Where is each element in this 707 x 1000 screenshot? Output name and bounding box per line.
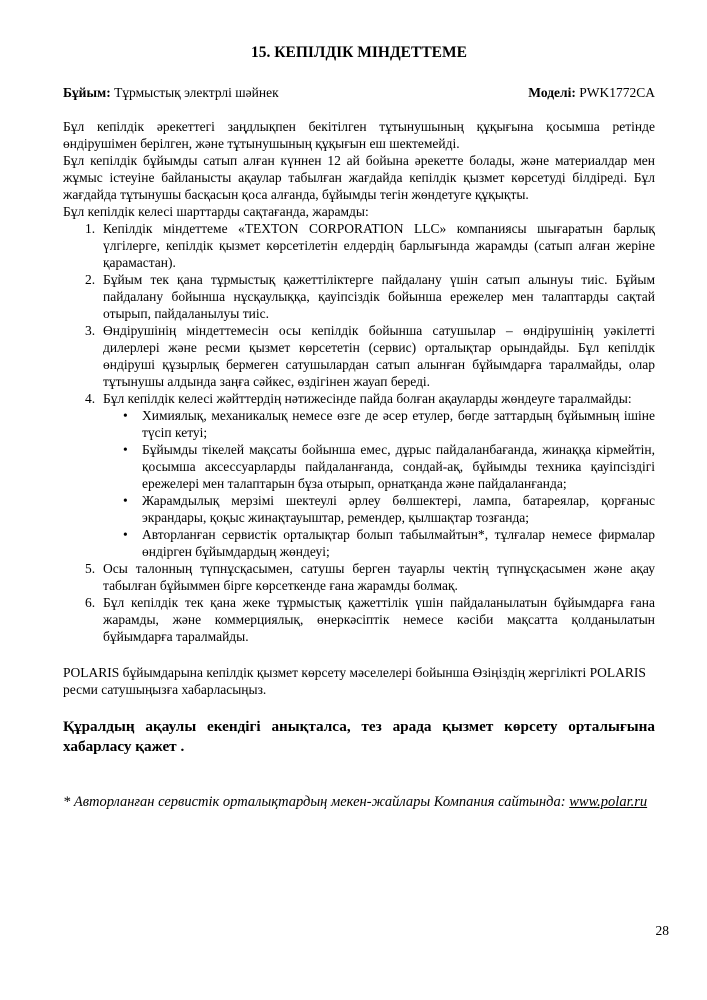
model-label: Моделі: — [528, 85, 576, 100]
product-value: Тұрмыстық электрлі шәйнек — [114, 85, 279, 100]
bullet-icon: • — [123, 526, 128, 543]
list-item-2-text: Бұйым тек қана тұрмыстық қажеттіліктерге… — [103, 271, 655, 322]
bullet-icon: • — [123, 407, 128, 424]
list-item-6-number: 6. — [85, 594, 95, 611]
bullet-list-item-4-text: Авторланған сервистік орталықтар болып т… — [142, 526, 655, 560]
document-content: 15. КЕПІЛДІК МІНДЕТТЕМЕ Бұйым: Тұрмыстық… — [63, 44, 655, 814]
intro-paragraph-1: Бұл кепілдік әрекеттегі заңдлықпен бекіт… — [63, 118, 655, 152]
page-number: 28 — [656, 922, 670, 939]
list-item-1: 1. Кепілдік міндеттеме «TEXTON CORPORATI… — [63, 220, 655, 271]
list-item-5: 5. Осы талонның түпнұсқасымен, сатушы бе… — [63, 560, 655, 594]
document-page: 15. КЕПІЛДІК МІНДЕТТЕМЕ Бұйым: Тұрмыстық… — [0, 0, 707, 1000]
service-warning-paragraph: Құралдың ақаулы екендігі анықталса, тез … — [63, 717, 655, 757]
list-item-2: 2. Бұйым тек қана тұрмыстық қажеттілікте… — [63, 271, 655, 322]
list-item-5-text: Осы талонның түпнұсқасымен, сатушы берге… — [103, 560, 655, 594]
footnote-text: * Авторланған сервистік орталықтардың ме… — [63, 794, 569, 810]
bullet-list-item-1-text: Химиялық, механикалық немесе өзге де әсе… — [142, 407, 655, 441]
product-label: Бұйым: — [63, 85, 111, 100]
list-item-3-text: Өндірушінің міндеттемесін осы кепілдік б… — [103, 322, 655, 390]
list-item-4-text: Бұл кепілдік келесі жәйттердің нәтижесін… — [103, 390, 655, 407]
model-field: Моделі: PWK1772CA — [528, 84, 655, 101]
list-item-4-number: 4. — [85, 390, 95, 407]
polaris-contact-paragraph: POLARIS бұйымдарына кепілдік қызмет көрс… — [63, 664, 655, 698]
bullet-list-item-3: • Жарамдылық мерзімі шектеулі әрлеу бөлш… — [103, 492, 655, 526]
list-item-5-number: 5. — [85, 560, 95, 577]
bullet-list-item-3-text: Жарамдылық мерзімі шектеулі әрлеу бөлшек… — [142, 492, 655, 526]
list-item-3: 3. Өндірушінің міндеттемесін осы кепілді… — [63, 322, 655, 390]
bullet-icon: • — [123, 441, 128, 458]
model-value: PWK1772CA — [579, 85, 655, 100]
list-item-4: 4. Бұл кепілдік келесі жәйттердің нәтиже… — [63, 390, 655, 560]
list-item-2-number: 2. — [85, 271, 95, 288]
bullet-list-item-4: • Авторланған сервистік орталықтар болып… — [103, 526, 655, 560]
bullet-icon: • — [123, 492, 128, 509]
bullet-list: • Химиялық, механикалық немесе өзге де ә… — [103, 407, 655, 560]
bullet-list-item-2-text: Бұйымды тікелей мақсаты бойынша емес, дұ… — [142, 441, 655, 492]
product-model-row: Бұйым: Тұрмыстық электрлі шәйнек Моделі:… — [63, 84, 655, 101]
list-item-3-number: 3. — [85, 322, 95, 339]
list-item-1-number: 1. — [85, 220, 95, 237]
bullet-list-item-2: • Бұйымды тікелей мақсаты бойынша емес, … — [103, 441, 655, 492]
conditions-lead: Бұл кепілдік келесі шарттарды сақтағанда… — [63, 203, 655, 220]
product-field: Бұйым: Тұрмыстық электрлі шәйнек — [63, 84, 279, 101]
list-item-1-text: Кепілдік міндеттеме «TEXTON CORPORATION … — [103, 220, 655, 271]
footnote-link[interactable]: www.polar.ru — [569, 794, 647, 810]
list-item-6-text: Бұл кепілдік тек қана жеке тұрмыстық қаж… — [103, 594, 655, 645]
list-item-6: 6. Бұл кепілдік тек қана жеке тұрмыстық … — [63, 594, 655, 645]
page-title: 15. КЕПІЛДІК МІНДЕТТЕМЕ — [63, 44, 655, 62]
footnote: * Авторланған сервистік орталықтардың ме… — [63, 791, 655, 814]
bullet-list-item-1: • Химиялық, механикалық немесе өзге де ә… — [103, 407, 655, 441]
intro-paragraph-2: Бұл кепілдік бұйымды сатып алған күннен … — [63, 152, 655, 203]
